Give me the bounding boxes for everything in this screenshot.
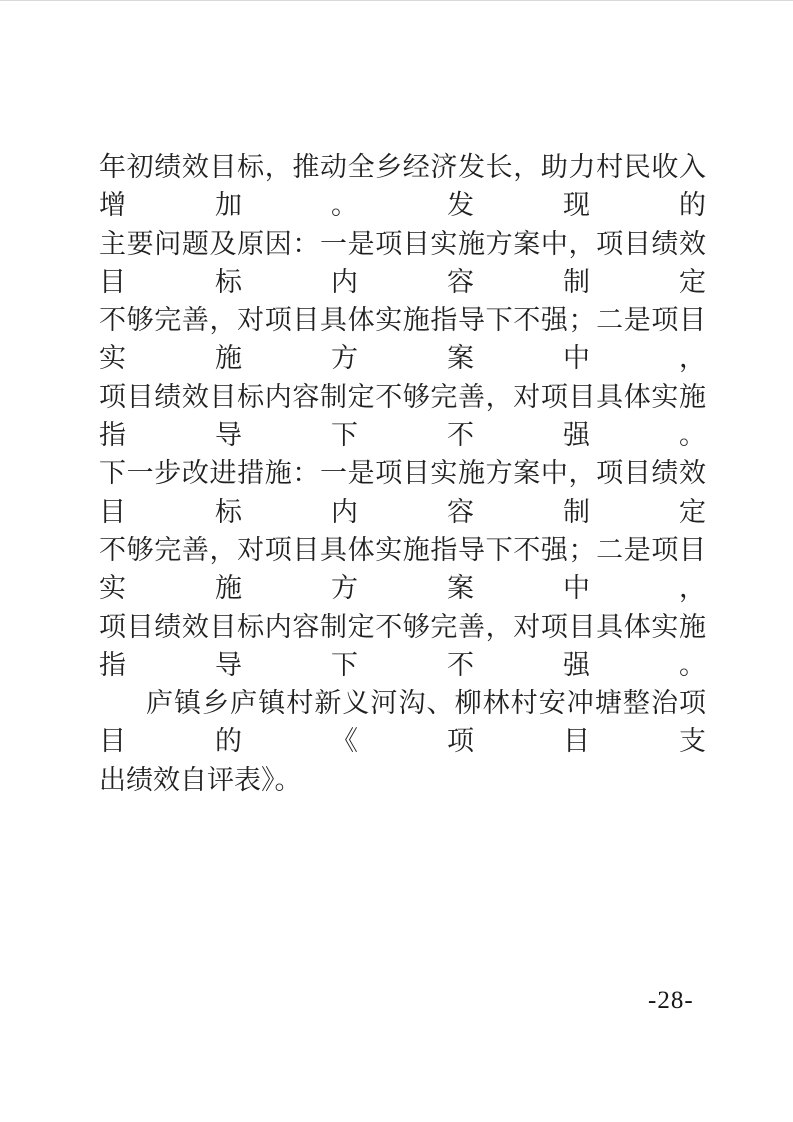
paragraph-1-line-1: 年初绩效目标，推动全乡经济发长，助力村民收入增加。发现的: [99, 148, 706, 225]
paragraph-1-line-6: 不够完善，对项目具体实施指导下不强；二是项目实施方案中，: [99, 531, 706, 608]
paragraph-1-line-2: 主要问题及原因：一是项目实施方案中，项目绩效目标内容制定: [99, 225, 706, 302]
document-page: 年初绩效目标，推动全乡经济发长，助力村民收入增加。发现的 主要问题及原因：一是项…: [0, 0, 793, 1122]
page-number: -28-: [648, 987, 694, 1015]
paragraph-2-line-1: 庐镇乡庐镇村新义河沟、柳林村安冲塘整治项目的《项目支: [99, 684, 706, 761]
paragraph-1-line-3: 不够完善，对项目具体实施指导下不强；二是项目实施方案中，: [99, 301, 706, 378]
document-body: 年初绩效目标，推动全乡经济发长，助力村民收入增加。发现的 主要问题及原因：一是项…: [99, 148, 706, 799]
scan-artifact-line: [0, 0, 793, 1]
paragraph-1-line-5: 下一步改进措施：一是项目实施方案中，项目绩效目标内容制定: [99, 454, 706, 531]
paragraph-1-line-4: 项目绩效目标内容制定不够完善，对项目具体实施指导下不强。: [99, 378, 706, 455]
paragraph-1-line-7: 项目绩效目标内容制定不够完善，对项目具体实施指导下不强。: [99, 608, 706, 685]
paragraph-2-line-2: 出绩效自评表》。: [99, 761, 706, 799]
